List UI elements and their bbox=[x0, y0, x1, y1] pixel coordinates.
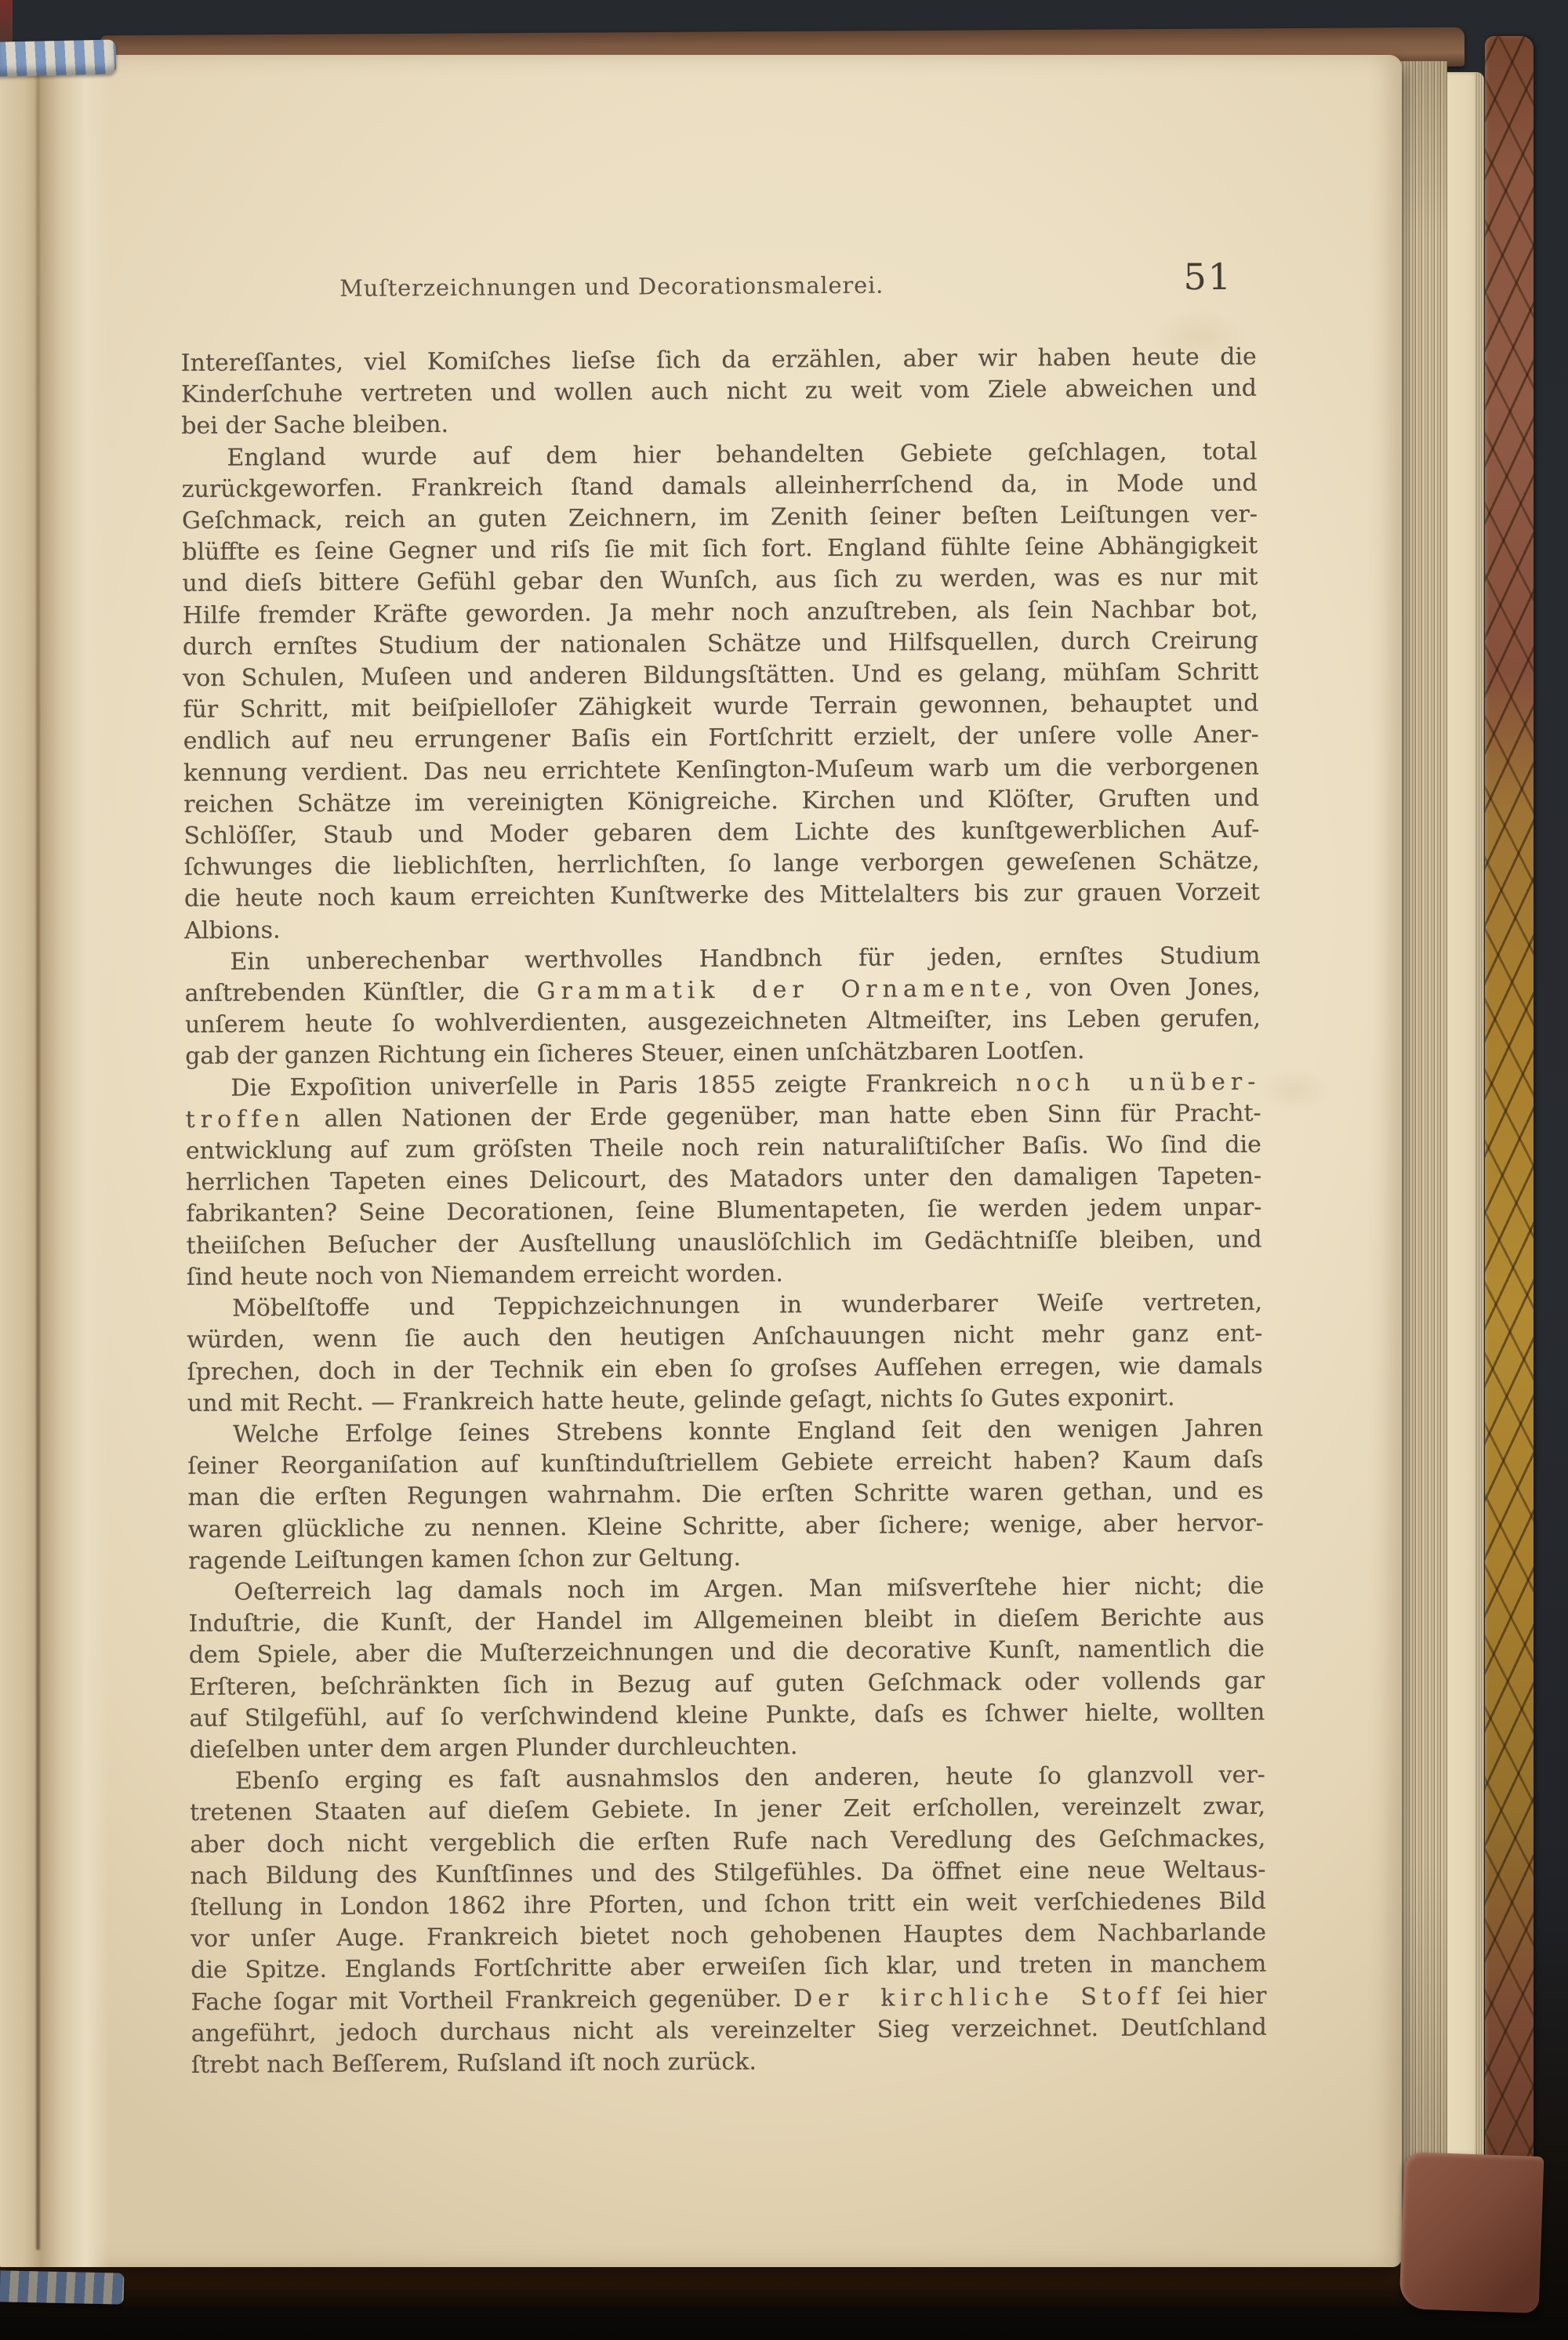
text-segment: entwicklung auf zum gröſsten Theile noch… bbox=[186, 1131, 1261, 1165]
paragraph: Intereſſantes, viel Komiſches lieſse ſic… bbox=[181, 342, 1258, 443]
text-segment: Induſtrie, die Kunſt, der Handel im Allg… bbox=[188, 1604, 1264, 1638]
page-text-area: Muſterzeichnungen und Decorationsmalerei… bbox=[180, 263, 1267, 2082]
text-line: die heute noch kaum erreichten Kunſtwerk… bbox=[184, 877, 1260, 916]
text-segment: Albions. bbox=[184, 916, 281, 945]
spaced-text-segment: troffen bbox=[186, 1105, 306, 1134]
text-segment: für Schritt, mit beiſpielloſer Zähigkeit… bbox=[183, 690, 1258, 724]
text-segment: und mit Recht. — Frankreich hatte heute,… bbox=[187, 1384, 1175, 1417]
text-segment: unſerem heute ſo wohlverdienten, ausgeze… bbox=[185, 1005, 1261, 1039]
page-header: Muſterzeichnungen und Decorationsmalerei… bbox=[180, 263, 1257, 348]
text-segment: ſind heute noch von Niemandem erreicht w… bbox=[187, 1260, 783, 1291]
text-segment: Die Expoſition univerſelle in Paris 1855… bbox=[230, 1069, 1016, 1101]
paragraph: Die Expoſition univerſelle in Paris 1855… bbox=[185, 1066, 1262, 1293]
text-segment: anſtrebenden Künſtler, die bbox=[185, 978, 537, 1007]
paragraph: Möbelſtoffe und Teppichzeichnungen in wu… bbox=[187, 1287, 1263, 1420]
text-segment: ſei hier bbox=[1165, 1982, 1266, 2010]
text-segment: allen Nationen der Erde gegenüber, man h… bbox=[305, 1099, 1261, 1132]
running-header: Muſterzeichnungen und Decorationsmalerei… bbox=[180, 270, 1043, 303]
text-segment: aber doch nicht vergeblich die erſten Ru… bbox=[190, 1824, 1265, 1858]
underlying-page-edge bbox=[1445, 72, 1484, 2258]
text-segment: angeführt, jedoch durchaus nicht als ver… bbox=[191, 2013, 1267, 2047]
text-segment: ſprechen, doch in der Technik ein eben ſ… bbox=[187, 1351, 1262, 1385]
text-segment: theiiſchen Beſucher der Ausſtellung unau… bbox=[186, 1225, 1261, 1259]
page-text: Intereſſantes, viel Komiſches lieſse ſic… bbox=[181, 342, 1267, 2082]
text-segment: Welche Erfolge ſeines Strebens konnte En… bbox=[233, 1414, 1263, 1448]
text-line: angeführt, jedoch durchaus nicht als ver… bbox=[191, 2012, 1267, 2050]
text-segment: durch ernſtes Studium der nationalen Sch… bbox=[183, 626, 1258, 660]
text-segment: dem Spiele, aber die Muſterzeichnungen u… bbox=[189, 1635, 1265, 1669]
text-segment: ſchwunges die lieblichſten, herrlichſten… bbox=[184, 847, 1260, 881]
text-segment: von Schulen, Muſeen und anderen Bildungs… bbox=[183, 658, 1258, 692]
text-segment: vor unſer Auge. Frankreich bietet noch g… bbox=[191, 1919, 1266, 1953]
paragraph: Oeſterreich lag damals noch im Argen. Ma… bbox=[188, 1571, 1265, 1767]
text-segment: blüffte es ſeine Gegner und riſs ſie mit… bbox=[182, 532, 1258, 566]
text-segment: Erſteren, beſchränkten ſich in Bezug auf… bbox=[189, 1667, 1265, 1700]
text-segment: Geſchmack, reich an guten Zeichnern, im … bbox=[182, 501, 1258, 535]
gutter-crease bbox=[36, 60, 40, 2250]
text-segment: ſtellung in London 1862 ihre Pforten, un… bbox=[191, 1888, 1266, 1921]
text-segment: ſtrebt nach Beſſerem, Ruſsland iſt noch … bbox=[191, 2048, 757, 2079]
text-segment: bei der Sache bleiben. bbox=[181, 411, 448, 440]
text-segment: Hilfe fremder Kräfte geworden. Ja mehr n… bbox=[183, 595, 1258, 629]
text-segment: herrlichen Tapeten eines Delicourt, des … bbox=[186, 1163, 1261, 1196]
text-segment: fabrikanten? Seine Decorationen, ſeine B… bbox=[186, 1194, 1261, 1228]
text-segment: Kinderſchuhe vertreten und wollen auch n… bbox=[181, 375, 1257, 408]
leather-corner-bottom-right bbox=[1399, 2152, 1544, 2313]
text-segment: auf Stilgefühl, auf ſo verſchwindend kle… bbox=[189, 1698, 1265, 1732]
spaced-text-segment: noch unüber- bbox=[1016, 1068, 1261, 1097]
page-number: 51 bbox=[1183, 256, 1232, 298]
text-line: theiiſchen Beſucher der Ausſtellung unau… bbox=[186, 1224, 1261, 1262]
endband-top bbox=[0, 39, 116, 76]
text-segment: Intereſſantes, viel Komiſches lieſse ſic… bbox=[181, 343, 1257, 377]
text-segment: gab der ganzen Richtung ein ſicheres Ste… bbox=[185, 1037, 1085, 1070]
paragraph: Ebenſo erging es faſt ausnahmslos den an… bbox=[190, 1760, 1267, 2081]
text-line: auf Stilgefühl, auf ſo verſchwindend kle… bbox=[189, 1696, 1265, 1735]
text-segment: Fache ſogar mit Vortheil Frankreich gege… bbox=[191, 1985, 793, 2016]
spaced-text-segment: Der kirchliche Stoff bbox=[793, 1983, 1165, 2012]
text-segment: dieſelben unter dem argen Plunder durchl… bbox=[189, 1732, 797, 1764]
paragraph: England wurde auf dem hier behandelten G… bbox=[181, 436, 1260, 947]
text-segment: Schlöſſer, Staub und Moder gebaren dem L… bbox=[183, 816, 1259, 850]
text-segment: endlich auf neu errungener Baſis ein For… bbox=[183, 721, 1259, 755]
text-segment: kennung verdient. Das neu errichtete Ken… bbox=[183, 753, 1259, 786]
text-segment: nach Bildung des Kunſtſinnes und des Sti… bbox=[190, 1856, 1265, 1889]
spaced-text-segment: Grammatik der Ornamente bbox=[536, 975, 1025, 1006]
text-segment: die Spitze. Englands Fortſchritte aber e… bbox=[191, 1950, 1266, 1984]
text-segment: die heute noch kaum erreichten Kunſtwerk… bbox=[184, 879, 1260, 912]
text-segment: und dieſs bittere Gefühl gebar den Wunſc… bbox=[182, 564, 1258, 597]
text-segment: England wurde auf dem hier behandelten G… bbox=[227, 437, 1257, 471]
text-segment: Ebenſo erging es faſt ausnahmslos den an… bbox=[235, 1761, 1265, 1795]
text-segment: zurückgeworfen. Frankreich ſtand damals … bbox=[182, 469, 1258, 502]
text-segment: man die erſten Regungen wahrnahm. Die er… bbox=[187, 1478, 1263, 1511]
text-segment: würden, wenn ſie auch den heutigen Anſch… bbox=[187, 1320, 1262, 1354]
text-line: ſtrebt nach Beſſerem, Ruſsland iſt noch … bbox=[191, 2044, 1267, 2082]
text-segment: waren glückliche zu nennen. Kleine Schri… bbox=[188, 1509, 1264, 1543]
text-segment: Ein unberechenbar werthvolles Handbnch f… bbox=[230, 941, 1260, 975]
text-line: waren glückliche zu nennen. Kleine Schri… bbox=[188, 1507, 1264, 1546]
text-segment: reichen Schätze im vereinigten Königreic… bbox=[183, 784, 1259, 818]
text-segment: Möbelſtoffe und Teppichzeichnungen in wu… bbox=[232, 1289, 1262, 1322]
text-segment: tretenen Staaten auf dieſem Gebiete. In … bbox=[190, 1793, 1265, 1827]
book-tail-shadow bbox=[0, 2261, 1521, 2306]
endband-bottom bbox=[0, 2270, 124, 2304]
paragraph: Ein unberechenbar werthvolles Handbnch f… bbox=[184, 940, 1261, 1072]
paragraph: Welche Erfolge ſeines Strebens konnte En… bbox=[187, 1413, 1264, 1576]
text-segment: ſeiner Reorganiſation auf kunſtinduſtrie… bbox=[187, 1446, 1263, 1480]
text-segment: , von Oven Jones, bbox=[1025, 974, 1261, 1003]
text-segment: ragende Leiſtungen kamen ſchon zur Geltu… bbox=[188, 1544, 741, 1574]
marbled-cover-edge bbox=[1485, 36, 1534, 2311]
text-segment: Oeſterreich lag damals noch im Argen. Ma… bbox=[234, 1573, 1264, 1606]
photo-background: Muſterzeichnungen und Decorationsmalerei… bbox=[0, 0, 1568, 2340]
